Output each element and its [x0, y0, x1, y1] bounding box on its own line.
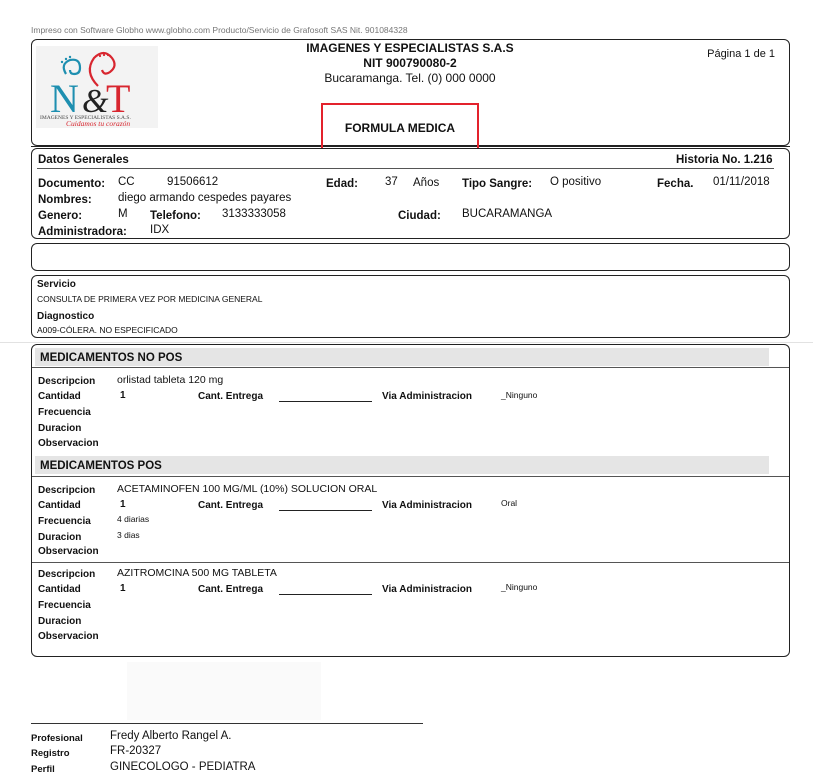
- duracion-label: Duracion: [38, 423, 81, 434]
- diagnostico-label: Diagnostico: [37, 311, 94, 322]
- svg-text:Cuidamos tu corazón: Cuidamos tu corazón: [66, 119, 130, 128]
- perfil-value: GINECOLOGO - PEDIATRA: [110, 761, 255, 773]
- historia-number: Historia No. 1.216: [676, 154, 773, 166]
- perfil-label: Perfil: [31, 764, 55, 775]
- company-city: Bucaramanga. Tel. (0) 000 0000: [180, 71, 640, 85]
- general-section-title: Datos Generales: [38, 154, 129, 166]
- page-number: Página 1 de 1: [700, 48, 775, 60]
- duracion-label: Duracion: [38, 532, 81, 543]
- cant-entrega-line: [279, 594, 372, 595]
- nombres-label: Nombres:: [38, 194, 92, 206]
- no-pos-header: MEDICAMENTOS NO POS: [35, 348, 769, 366]
- fecha-value: 01/11/2018: [713, 176, 770, 188]
- registro-label: Registro: [31, 748, 70, 759]
- cant-entrega-line: [279, 510, 372, 511]
- via-value: _Ninguno: [501, 390, 537, 400]
- registro-value: FR-20327: [110, 745, 161, 757]
- frecuencia-label: Frecuencia: [38, 407, 91, 418]
- frecuencia-value: 4 diarias: [117, 514, 149, 524]
- cantidad-value: 1: [120, 583, 126, 594]
- cantidad-label: Cantidad: [38, 391, 81, 402]
- company-logo: N & T IMAGENES Y ESPECIALISTAS S.A.S. Cu…: [36, 46, 158, 128]
- servicio-label: Servicio: [37, 279, 76, 290]
- edad-unit: Años: [413, 177, 439, 189]
- general-divider: [37, 168, 774, 169]
- empty-box: [31, 243, 790, 271]
- logo-icon: N & T IMAGENES Y ESPECIALISTAS S.A.S. Cu…: [36, 46, 158, 128]
- via-label: Via Administracion: [382, 391, 472, 402]
- cant-entrega-label: Cant. Entrega: [198, 500, 263, 511]
- frecuencia-label: Frecuencia: [38, 516, 91, 527]
- administradora-value: IDX: [150, 224, 169, 236]
- duracion-value: 3 dias: [117, 530, 140, 540]
- ciudad-label: Ciudad:: [398, 210, 441, 222]
- cant-entrega-line: [279, 401, 372, 402]
- tipo-sangre-label: Tipo Sangre:: [462, 178, 532, 190]
- signature-line: [31, 723, 423, 724]
- company-name: IMAGENES Y ESPECIALISTAS S.A.S: [180, 41, 640, 55]
- via-label: Via Administracion: [382, 500, 472, 511]
- genero-label: Genero:: [38, 210, 82, 222]
- signature-area: [127, 662, 321, 720]
- descripcion-value: ACETAMINOFEN 100 MG/ML (10%) SOLUCION OR…: [117, 483, 377, 495]
- profesional-value: Fredy Alberto Rangel A.: [110, 730, 231, 742]
- no-pos-divider: [32, 367, 789, 368]
- cantidad-value: 1: [120, 499, 126, 510]
- servicio-value: CONSULTA DE PRIMERA VEZ POR MEDICINA GEN…: [37, 294, 262, 304]
- tipo-sangre-value: O positivo: [550, 176, 601, 188]
- documento-number: 91506612: [167, 176, 218, 188]
- company-nit: NIT 900790080-2: [180, 56, 640, 70]
- cantidad-label: Cantidad: [38, 500, 81, 511]
- edad-value: 37: [385, 176, 398, 188]
- descripcion-label: Descripcion: [38, 485, 95, 496]
- pos-item-divider: [32, 562, 789, 563]
- duracion-label: Duracion: [38, 616, 81, 627]
- frecuencia-label: Frecuencia: [38, 600, 91, 611]
- descripcion-label: Descripcion: [38, 569, 95, 580]
- documento-type: CC: [118, 176, 135, 188]
- genero-value: M: [118, 208, 128, 220]
- observacion-label: Observacion: [38, 546, 99, 557]
- documento-label: Documento:: [38, 178, 105, 190]
- printed-by-note: Impreso con Software Globho www.globho.c…: [31, 25, 408, 35]
- nombres-value: diego armando cespedes payares: [118, 192, 291, 204]
- pos-header: MEDICAMENTOS POS: [35, 456, 769, 474]
- via-value: Oral: [501, 498, 517, 508]
- descripcion-value: AZITROMCINA 500 MG TABLETA: [117, 567, 277, 579]
- page-break-line: [0, 342, 813, 343]
- profesional-label: Profesional: [31, 733, 83, 744]
- descripcion-value: orlistad tableta 120 mg: [117, 374, 223, 386]
- via-label: Via Administracion: [382, 584, 472, 595]
- observacion-label: Observacion: [38, 631, 99, 642]
- pos-divider: [32, 476, 789, 477]
- telefono-label: Telefono:: [150, 210, 201, 222]
- document-title: FORMULA MEDICA: [321, 121, 479, 135]
- cantidad-label: Cantidad: [38, 584, 81, 595]
- descripcion-label: Descripcion: [38, 376, 95, 387]
- ciudad-value: BUCARAMANGA: [462, 208, 552, 220]
- administradora-label: Administradora:: [38, 226, 127, 238]
- cant-entrega-label: Cant. Entrega: [198, 584, 263, 595]
- cant-entrega-label: Cant. Entrega: [198, 391, 263, 402]
- via-value: _Ninguno: [501, 582, 537, 592]
- edad-label: Edad:: [326, 178, 358, 190]
- observacion-label: Observacion: [38, 438, 99, 449]
- cantidad-value: 1: [120, 390, 126, 401]
- diagnostico-value: A009-CÓLERA. NO ESPECIFICADO: [37, 325, 178, 335]
- fecha-label: Fecha.: [657, 178, 693, 190]
- telefono-value: 3133333058: [222, 208, 286, 220]
